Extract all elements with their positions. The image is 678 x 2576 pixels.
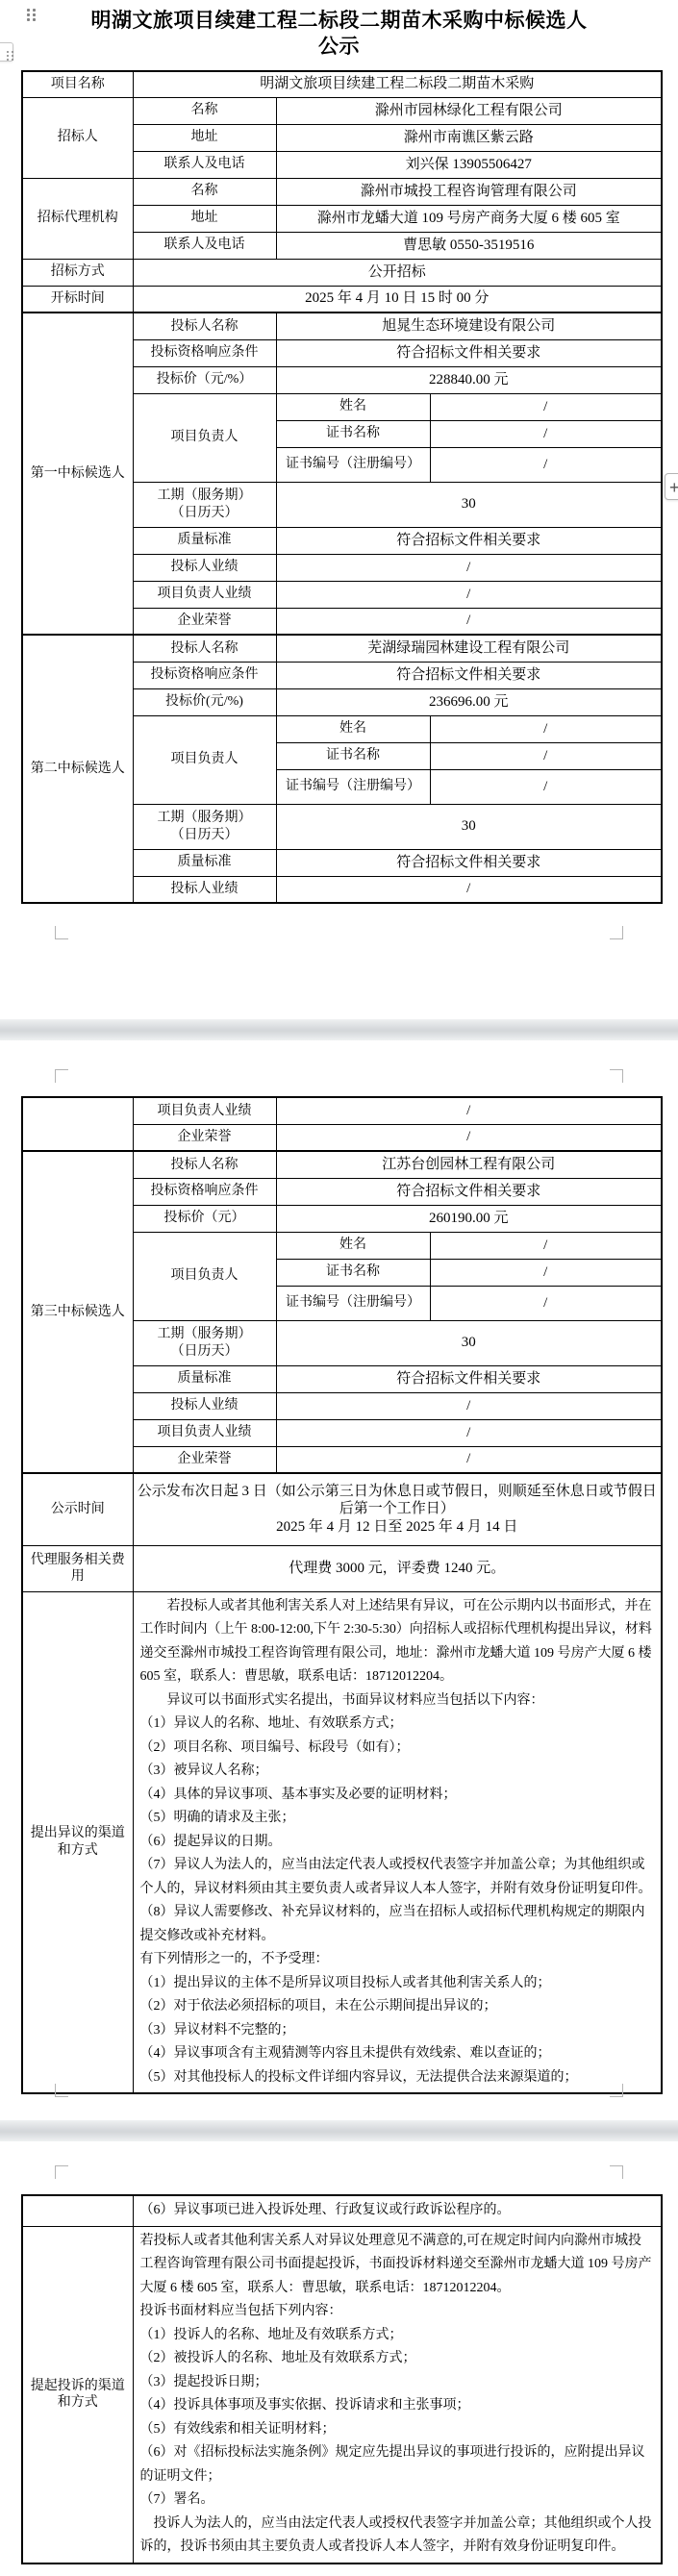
label-cell: 开标时间 [22,286,133,313]
label-cell: 第二中标候选人 [22,635,133,903]
document-title: 明湖文旅项目续建工程二标段二期苗木采购中标候选人公示 [0,8,678,60]
value-cell: 明湖文旅项目续建工程二标段二期苗木采购 [133,71,662,97]
table-row: 招标人名称滁州市园林绿化工程有限公司 [22,97,662,124]
label-cell: 证书编号（注册编号） [276,1286,430,1320]
value-cell: 30 [276,804,662,849]
table-row: 第二中标候选人投标人名称芜湖绿瑞园林建设工程有限公司 [22,635,662,662]
page-margin-mark [610,926,623,939]
value-cell: 30 [276,1320,662,1365]
label-cell: 姓名 [276,715,430,742]
value-cell: 符合招标文件相关要求 [276,662,662,688]
label-cell: 姓名 [276,1232,430,1259]
value-cell: / [430,1232,662,1259]
label-cell: 投标资格响应条件 [133,1178,276,1205]
label-cell: 地址 [133,124,276,151]
label-cell: 质量标准 [133,1365,276,1392]
label-cell: 投标人业绩 [133,876,276,903]
label-cell: 招标代理机构 [22,178,133,259]
label-cell: 投标资格响应条件 [133,339,276,366]
label-cell: 招标人 [22,97,133,178]
label-cell: 联系人及电话 [133,151,276,178]
value-cell: 若投标人或者其他利害关系人对上述结果有异议，可在公示期内以书面形式，并在工作时间… [133,1591,662,2093]
label-cell: 名称 [133,178,276,205]
label-cell: 投标资格响应条件 [133,662,276,688]
value-cell: 符合招标文件相关要求 [276,1365,662,1392]
label-cell: 招标方式 [22,259,133,286]
label-cell: 工期（服务期） （日历天） [133,1320,276,1365]
label-cell: 名称 [133,97,276,124]
value-cell: / [276,1097,662,1124]
label-cell: 联系人及电话 [133,232,276,259]
table-row: 代理服务相关费用代理费 3000 元，评委费 1240 元。 [22,1545,662,1591]
value-cell: / [430,1286,662,1320]
value-cell: （6）异议事项已进入投诉处理、行政复议或行政诉讼程序的。 [133,2195,662,2226]
table-row: 提起投诉的渠道和方式若投标人或者其他利害关系人对异议处理意见不满意的,可在规定时… [22,2226,662,2563]
value-cell: 江苏台创园林工程有限公司 [276,1151,662,1178]
add-row-button[interactable]: + [665,473,678,500]
table-row: 第三中标候选人投标人名称江苏台创园林工程有限公司 [22,1151,662,1178]
announcement-table: 项目名称明湖文旅项目续建工程二标段二期苗木采购招标人名称滁州市园林绿化工程有限公… [21,70,663,904]
value-cell: 228840.00 元 [276,366,662,393]
value-cell: 刘兴保 13905506427 [276,151,662,178]
value-cell: 260190.00 元 [276,1205,662,1232]
label-cell: 投标价（元） [133,1205,276,1232]
label-cell: 证书名称 [276,1259,430,1286]
value-cell: / [430,715,662,742]
value-cell: 30 [276,482,662,527]
label-cell: 投标价(元/%) [133,688,276,715]
page-gap [0,1019,678,1040]
label-cell: 项目负责人业绩 [133,581,276,608]
value-cell: / [276,1124,662,1151]
label-cell: 投标人名称 [133,313,276,339]
label-cell: 投标价（元/%） [133,366,276,393]
page-margin-mark [55,2165,68,2179]
value-cell: / [276,1446,662,1473]
value-cell: 公示发布次日起 3 日（如公示第三日为休息日或节假日，则顺延至休息日或节假日后第… [133,1473,662,1545]
label-cell: 工期（服务期） （日历天） [133,804,276,849]
value-cell: / [430,1259,662,1286]
label-cell: 质量标准 [133,849,276,876]
label-cell: 提起投诉的渠道和方式 [22,2226,133,2563]
value-cell: / [276,581,662,608]
value-cell: 滁州市城投工程咨询管理有限公司 [276,178,662,205]
table-row: 招标代理机构名称滁州市城投工程咨询管理有限公司 [22,178,662,205]
label-cell: 地址 [133,205,276,232]
label-cell: 证书名称 [276,420,430,447]
value-cell: 滁州市园林绿化工程有限公司 [276,97,662,124]
value-cell: / [430,447,662,482]
value-cell: 若投标人或者其他利害关系人对异议处理意见不满意的,可在规定时间内向滁州市城投工程… [133,2226,662,2563]
page-margin-mark [55,2084,68,2097]
label-cell: 项目负责人业绩 [133,1419,276,1446]
page-margin-mark [55,1069,68,1083]
page-gap [0,2120,678,2141]
value-cell: 2025 年 4 月 10 日 15 时 00 分 [133,286,662,313]
value-cell: 芜湖绿瑞园林建设工程有限公司 [276,635,662,662]
page-margin-mark [610,1069,623,1083]
document-viewer: 明湖文旅项目续建工程二标段二期苗木采购中标候选人公示 + 项目名称明湖文旅项目续… [0,0,678,2576]
label-cell [22,2195,133,2226]
value-cell: 滁州市龙蟠大道 109 号房产商务大厦 6 楼 605 室 [276,205,662,232]
value-cell: / [430,742,662,769]
value-cell: 代理费 3000 元，评委费 1240 元。 [133,1545,662,1591]
label-cell: 证书编号（注册编号） [276,769,430,804]
document-page-3: （6）异议事项已进入投诉处理、行政复议或行政诉讼程序的。提起投诉的渠道和方式若投… [0,2141,678,2576]
value-cell: / [276,608,662,635]
table-row: 第一中标候选人投标人名称旭晁生态环境建设有限公司 [22,313,662,339]
label-cell: 第一中标候选人 [22,313,133,635]
value-cell: 符合招标文件相关要求 [276,527,662,554]
label-cell: 投标人业绩 [133,554,276,581]
value-cell: 符合招标文件相关要求 [276,849,662,876]
label-cell: 投标人业绩 [133,1392,276,1419]
label-cell: 企业荣誉 [133,608,276,635]
table-row: 项目名称明湖文旅项目续建工程二标段二期苗木采购 [22,71,662,97]
value-cell: 236696.00 元 [276,688,662,715]
value-cell: / [276,554,662,581]
value-cell: 曹思敏 0550-3519516 [276,232,662,259]
announcement-table: 项目负责人业绩/企业荣誉/第三中标候选人投标人名称江苏台创园林工程有限公司投标资… [21,1096,663,2094]
label-cell: 公示时间 [22,1473,133,1545]
label-cell [22,1097,133,1151]
label-cell: 姓名 [276,393,430,420]
table-row: 提出异议的渠道和方式 若投标人或者其他利害关系人对上述结果有异议，可在公示期内以… [22,1591,662,2093]
label-cell: 工期（服务期） （日历天） [133,482,276,527]
label-cell: 代理服务相关费用 [22,1545,133,1591]
label-cell: 证书编号（注册编号） [276,447,430,482]
table-row: （6）异议事项已进入投诉处理、行政复议或行政诉讼程序的。 [22,2195,662,2226]
document-page-1: 明湖文旅项目续建工程二标段二期苗木采购中标候选人公示 + 项目名称明湖文旅项目续… [0,0,678,1019]
label-cell: 第三中标候选人 [22,1151,133,1473]
value-cell: 符合招标文件相关要求 [276,339,662,366]
value-cell: 公开招标 [133,259,662,286]
label-cell: 企业荣誉 [133,1446,276,1473]
value-cell: 滁州市南谯区紫云路 [276,124,662,151]
value-cell: 符合招标文件相关要求 [276,1178,662,1205]
label-cell: 项目负责人 [133,1232,276,1320]
table-row: 公示时间公示发布次日起 3 日（如公示第三日为休息日或节假日，则顺延至休息日或节… [22,1473,662,1545]
label-cell: 投标人名称 [133,1151,276,1178]
label-cell: 项目负责人业绩 [133,1097,276,1124]
label-cell: 提出异议的渠道和方式 [22,1591,133,2093]
table-row: 招标方式公开招标 [22,259,662,286]
label-cell: 投标人名称 [133,635,276,662]
label-cell: 证书名称 [276,742,430,769]
value-cell: / [430,393,662,420]
announcement-table: （6）异议事项已进入投诉处理、行政复议或行政诉讼程序的。提起投诉的渠道和方式若投… [21,2194,663,2564]
label-cell: 项目负责人 [133,715,276,804]
document-page-2: 项目负责人业绩/企业荣誉/第三中标候选人投标人名称江苏台创园林工程有限公司投标资… [0,1040,678,2120]
value-cell: / [276,1419,662,1446]
value-cell: 旭晁生态环境建设有限公司 [276,313,662,339]
label-cell: 项目名称 [22,71,133,97]
value-cell: / [430,769,662,804]
label-cell: 企业荣誉 [133,1124,276,1151]
page-margin-mark [55,926,68,939]
value-cell: / [430,420,662,447]
value-cell: / [276,1392,662,1419]
label-cell: 项目负责人 [133,393,276,482]
value-cell: / [276,876,662,903]
page-margin-mark [610,2084,623,2097]
table-row: 项目负责人业绩/ [22,1097,662,1124]
label-cell: 质量标准 [133,527,276,554]
page-margin-mark [610,2165,623,2179]
table-row: 开标时间2025 年 4 月 10 日 15 时 00 分 [22,286,662,313]
